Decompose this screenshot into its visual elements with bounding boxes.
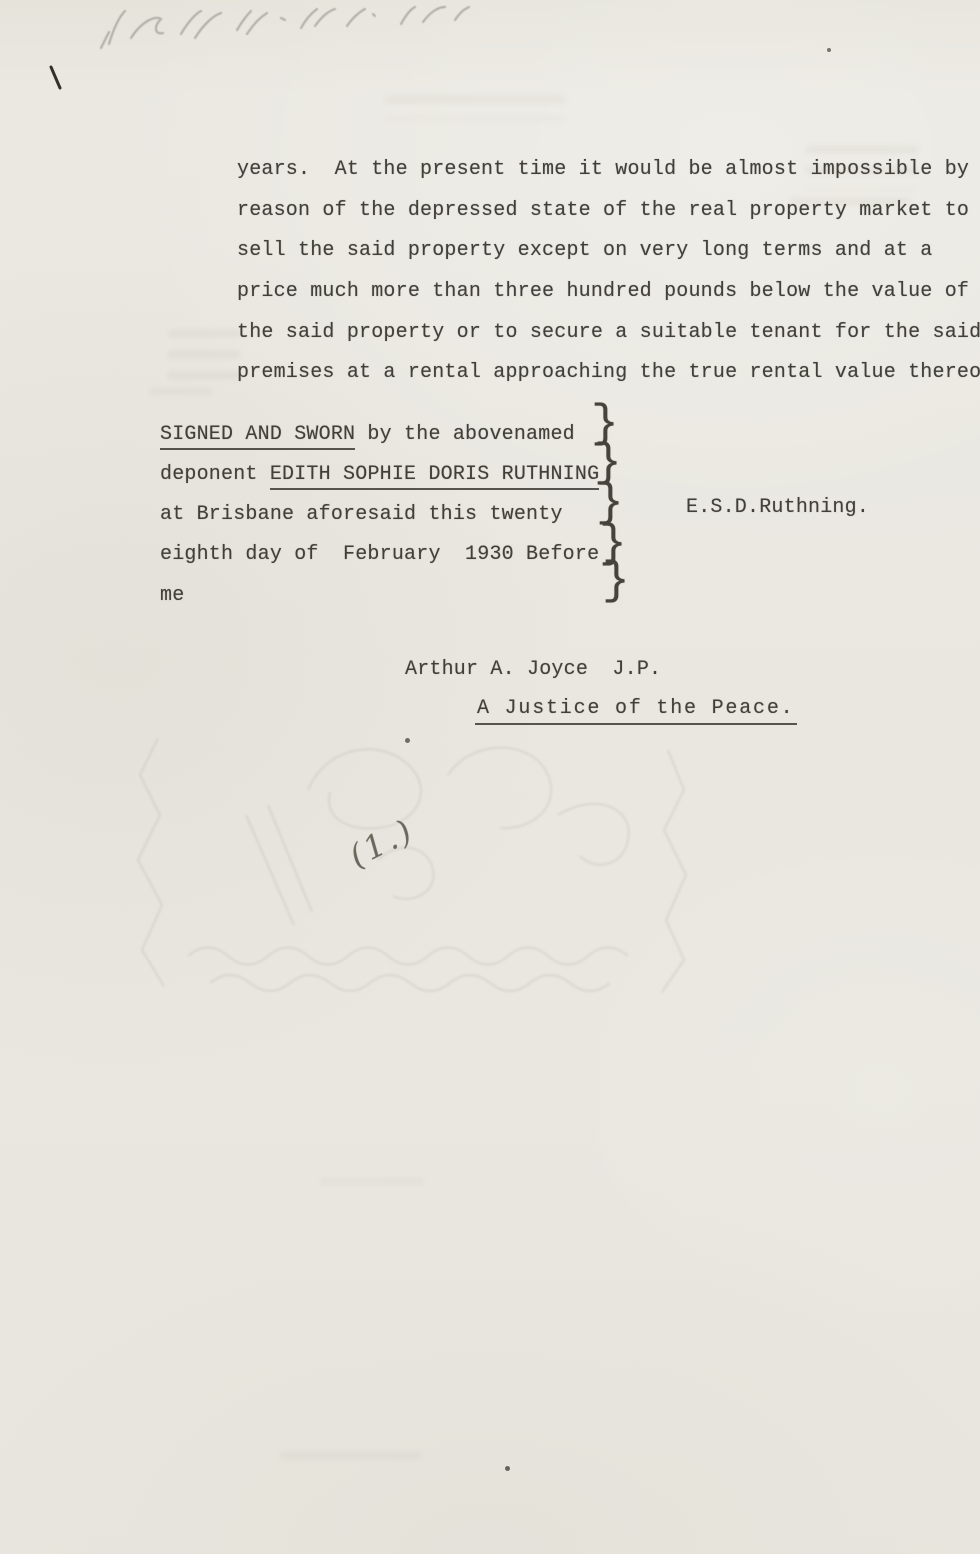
jurat-brace: }	[602, 561, 630, 601]
jurat-line: deponent EDITH SOPHIE DORIS RUTHNING	[160, 464, 599, 490]
jurat-line-text: by the abovenamed	[355, 423, 575, 446]
ink-tick-mark	[45, 64, 67, 92]
jp-title-text: A Justice of the Peace.	[475, 697, 797, 725]
embossed-watermark	[128, 720, 698, 1020]
paper-speck	[827, 48, 831, 52]
bleedthrough-smudge	[280, 1452, 422, 1468]
jurat-brace: }	[596, 483, 624, 523]
bleedthrough-smudge	[385, 96, 565, 120]
body-paragraph-line: years. At the present time it would be a…	[237, 159, 969, 181]
body-paragraph-line: price much more than three hundred pound…	[237, 281, 969, 303]
deponent-name: EDITH SOPHIE DORIS RUTHNING	[270, 464, 599, 490]
jurat-line: eighth day of February 1930 Before	[160, 544, 599, 566]
bleedthrough-smudge	[150, 388, 212, 402]
deponent-signature: E.S.D.Ruthning.	[686, 497, 869, 519]
jp-title: A Justice of the Peace.	[475, 698, 797, 720]
jp-name: Arthur A. Joyce J.P.	[405, 659, 661, 681]
body-paragraph-line: sell the said property except on very lo…	[237, 240, 933, 262]
paper-speck	[505, 1466, 510, 1471]
body-paragraph-line: reason of the depressed state of the rea…	[237, 200, 969, 222]
jurat-line: SIGNED AND SWORN by the abovenamed	[160, 424, 575, 450]
bleedthrough-handwriting	[95, 2, 485, 60]
sworn-phrase: SIGNED AND SWORN	[160, 424, 355, 450]
bleedthrough-smudge	[168, 330, 240, 382]
jurat-line-text: deponent	[160, 463, 270, 486]
body-paragraph-line: the said property or to secure a suitabl…	[237, 322, 980, 344]
jurat-line: me	[160, 585, 184, 607]
body-paragraph-line: premises at a rental approaching the tru…	[237, 362, 980, 384]
document-page: years. At the present time it would be a…	[0, 0, 980, 1554]
paper-speck	[405, 738, 410, 743]
jurat-line: at Brisbane aforesaid this twenty	[160, 504, 563, 526]
bleedthrough-smudge	[320, 1178, 424, 1192]
